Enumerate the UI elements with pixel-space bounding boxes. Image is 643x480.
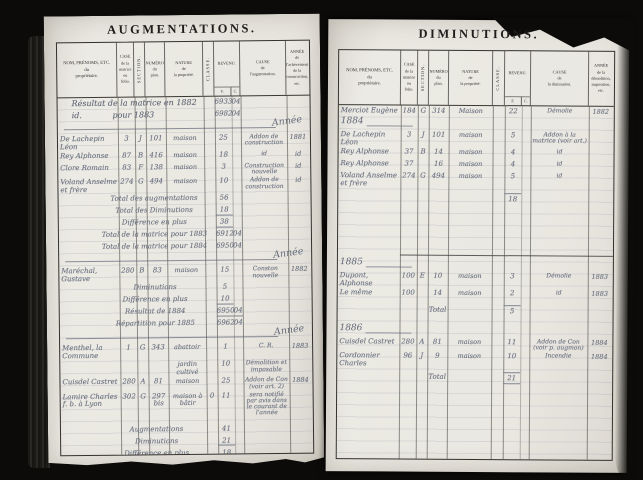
revenu-francs: 3 — [215, 161, 232, 171]
annee-value: 1883 — [588, 289, 612, 299]
revenu-francs: 38 — [216, 217, 233, 228]
cause-text: Incendie — [529, 352, 587, 361]
revenu-francs: 6912 — [216, 229, 233, 239]
revenu-francs: 56 — [216, 193, 233, 203]
section-letter: A — [137, 377, 148, 387]
property-nature: maison — [166, 150, 204, 160]
revenu-francs: 6950 — [217, 306, 234, 317]
col-header-nom: NOM, PRÉNOMS, ETC. du propriétaire. — [339, 50, 401, 104]
cause-text: Démolie — [530, 271, 588, 280]
col-header-section: SECTION. — [134, 42, 146, 96]
revenu-francs: 2 — [504, 288, 521, 298]
col-header-centimes: C. — [522, 96, 531, 105]
owner-name: Le même — [338, 287, 400, 297]
case-number: 280 — [119, 266, 136, 276]
revenu-centimes: 04 — [231, 96, 240, 106]
col-header-francs: F. — [214, 86, 231, 95]
year-underline — [366, 266, 412, 267]
col-header-centimes: C. — [231, 86, 240, 95]
year-label: 1885 — [340, 257, 363, 267]
col-header-nature: NATURE de la propriété. — [449, 51, 493, 105]
owner-name: Menthel, la Commune — [60, 343, 120, 361]
revenu-francs: 5 — [505, 130, 522, 140]
owner-name: Voland Anselme et frère — [338, 170, 400, 187]
divider-line — [64, 127, 276, 130]
annee-value: 1884 — [587, 352, 611, 362]
col-header-case: CASE de la matrice ou folio. — [401, 51, 418, 105]
table-header: NOM, PRÉNOMS, ETC. du propriétaire. CASE… — [339, 50, 614, 107]
revenu-francs: 4 — [505, 147, 522, 157]
annee-value: 1884 — [587, 338, 611, 348]
col-header-revenu: REVENU. — [505, 51, 531, 96]
year-label: 1884 — [341, 116, 364, 126]
augmentations-page: AUGMENTATIONS. NOM, PRÉNOMS, ETC. du pro… — [44, 14, 325, 467]
table-row: De Lachepin Léon3J101maison5Addon à la m… — [339, 129, 614, 148]
cause-text: id — [530, 159, 588, 168]
revenu-francs: 5 — [504, 305, 521, 316]
plan-number: 138 — [146, 162, 166, 172]
diminutions-page: DIMINUTIONS. NOM, PRÉNOMS, ETC. du propr… — [326, 19, 630, 473]
case-number: 280 — [120, 377, 137, 387]
row-spacer — [338, 204, 613, 256]
annee-value: 1882 — [589, 107, 613, 117]
revenu-francs: 4 — [504, 159, 521, 169]
summary-label: Diminutions — [61, 435, 218, 446]
plan-number: 343 — [148, 343, 168, 353]
revenu-centimes: 04 — [234, 318, 243, 328]
revenu-francs: 10 — [215, 176, 232, 186]
col-header-cause: CAUSE de l'augmentation. — [240, 41, 287, 95]
owner-name: Cuisdel Castret — [337, 336, 399, 346]
summary-label: Total de la matrice pour 1883 — [59, 229, 216, 240]
case-number: 274 — [400, 171, 417, 181]
summary-label: Différence en plus — [60, 294, 217, 305]
table-row: Dupont, Alphonse100E10maison3Démolie1883 — [338, 270, 613, 289]
cause-text: Addon de Con (voir p. augmon) — [529, 337, 587, 352]
owner-name: Rey Alphonse — [339, 146, 401, 156]
plan-number: 81 — [427, 337, 447, 347]
revenu-francs: 25 — [215, 132, 232, 142]
annee-value: id — [287, 175, 309, 185]
case-number: 1 — [120, 343, 137, 353]
property-nature: jardin cultivé — [168, 359, 206, 376]
col-header-nom: NOM, PRÉNOMS, ETC. du propriétaire. — [57, 43, 118, 98]
section-letter: E — [417, 271, 428, 281]
owner-name: Lamire Charles f. b. à Lyon — [61, 391, 121, 409]
cause-text: Construction nouvelle — [241, 161, 287, 176]
col-header-classe: CLASSE. — [493, 51, 505, 105]
section-letter: B — [136, 266, 147, 276]
case-number: 3 — [401, 130, 418, 140]
cause-text: Conston nouvelle — [242, 264, 288, 279]
plan-number: 101 — [146, 133, 166, 143]
owner-name: De Lachepin Léon — [58, 134, 118, 152]
table-body: Merciot Eugène184G314Maison22Démolie1882… — [337, 105, 614, 460]
year-label: 1886 — [339, 323, 362, 333]
cause-text: id — [530, 171, 588, 180]
plan-number: 83 — [147, 266, 167, 276]
col-header-section-label: SECTION. — [136, 56, 143, 84]
case-number: 100 — [400, 271, 417, 281]
revenu-francs: 22 — [505, 106, 522, 116]
revenu-francs: 11 — [503, 337, 520, 347]
plan-number: 14 — [429, 147, 449, 157]
summary-row: Total21 — [337, 372, 612, 386]
cause-text: Addon de construction — [241, 132, 287, 147]
case-number: 37 — [400, 159, 417, 169]
cause-text: Addon à la matrice (voir art.) — [531, 130, 589, 145]
table-header: NOM, PRÉNOMS, ETC. du propriétaire. CASE… — [57, 41, 310, 99]
owner-name: Maréchal, Gustave — [59, 266, 119, 284]
page-title-augmentations: AUGMENTATIONS. — [44, 21, 320, 39]
summary-label: Diminutions — [59, 282, 216, 293]
revenu-centimes: 04 — [234, 306, 243, 317]
summary-label: Total — [337, 372, 503, 383]
plan-number: 9 — [427, 351, 447, 361]
owner-name: Rey Alphonse — [58, 151, 118, 161]
revenu-francs: 25 — [217, 376, 234, 386]
summary-label: Répartition pour 1885 — [60, 318, 217, 329]
section-letter: J — [135, 133, 146, 143]
case-number: 274 — [118, 177, 135, 187]
owner-name: Clore Romain — [58, 163, 118, 173]
plan-number: 101 — [429, 130, 449, 140]
property-nature: maison — [448, 171, 492, 181]
owner-name: De Lachepin Léon — [339, 129, 401, 146]
case-number: 83 — [118, 163, 135, 173]
section-letter: G — [135, 177, 146, 187]
revenu-centimes: 04 — [233, 241, 242, 251]
col-header-francs: F. — [505, 96, 522, 105]
table-body: Résultat de la matrice en 1882693304id. … — [58, 96, 314, 456]
owner-name: Cuisdel Castret — [60, 377, 120, 387]
section-letter: B — [418, 147, 429, 157]
case-number: 3 — [118, 134, 135, 144]
col-header-numero: NUMÉRO du plan. — [429, 51, 449, 105]
col-header-classe: CLASSE. — [203, 42, 215, 96]
revenu-francs: 18 — [216, 205, 233, 216]
case-number: 100 — [400, 288, 417, 298]
plan-number: 81 — [148, 377, 168, 387]
property-nature: maison — [449, 147, 493, 157]
diminutions-table: NOM, PRÉNOMS, ETC. du propriétaire. CASE… — [336, 49, 615, 461]
revenu-francs: 1 — [217, 342, 234, 352]
revenu-francs: 11 — [218, 390, 235, 400]
case-number: 87 — [118, 151, 135, 161]
summary-label: Total de la matrice pour 1884 — [59, 241, 216, 252]
col-header-section-label: SECTION. — [420, 64, 427, 92]
col-header-numero: NUMÉRO du plan. — [145, 42, 166, 96]
annee-value: 1884 — [289, 375, 311, 385]
case-number: 184 — [401, 106, 418, 116]
plan-number: 297 bis — [149, 391, 169, 408]
owner-name: Voland Anselme et frère — [58, 177, 118, 195]
section-letter: G — [138, 391, 149, 401]
revenu-francs: 15 — [216, 265, 233, 275]
section-letter: B — [135, 150, 146, 160]
case-number: 37 — [401, 147, 418, 157]
cause-text: Addon de construction — [241, 175, 287, 190]
col-header-annee: ANNÉE de la démolition, imposition, etc. — [589, 52, 613, 106]
summary-label: Différence en plus — [59, 217, 216, 228]
revenu-centimes: 04 — [232, 108, 241, 118]
page-title-diminutions: DIMINUTIONS. — [328, 26, 629, 43]
owner-name: Cordonnier Charles — [337, 351, 399, 368]
col-header-case: CASE de la matrice ou folio. — [117, 43, 135, 97]
divider-line — [66, 336, 278, 339]
section-letter: J — [416, 351, 427, 361]
summary-label: Augmentations — [61, 423, 218, 434]
property-nature: maison — [448, 271, 492, 281]
col-header-annee: ANNÉE de l'achèvement de la construction… — [286, 41, 309, 95]
revenu-francs: 6962 — [217, 318, 234, 328]
revenu-francs: 5 — [504, 171, 521, 181]
summary-label: Différence en plus — [61, 447, 218, 455]
table-row: Voland Anselme et frère274G494maison5id — [338, 170, 613, 189]
year-underline — [367, 125, 413, 126]
section-letter: G — [418, 106, 429, 116]
plan-number: 416 — [146, 150, 166, 160]
annee-value: 1883 — [588, 272, 612, 282]
cause-text: Démolie — [531, 106, 589, 115]
plan-number: 494 — [146, 177, 166, 187]
table-row: Lamire Charles f. b. à Lyon302G297 bisma… — [61, 389, 313, 418]
annee-annotation: Année — [272, 246, 304, 261]
plan-number: 314 — [429, 106, 449, 116]
year-underline — [365, 332, 411, 333]
plan-number: 10 — [428, 271, 448, 281]
summary-label: Total des Diminutions — [59, 205, 216, 216]
revenu-francs: 3 — [504, 271, 521, 281]
entry-wide-text: Résultat de la matrice en 1882 — [58, 97, 215, 108]
section-letter: F — [135, 162, 146, 172]
owner-name: Dupont, Alphonse — [338, 270, 400, 287]
property-nature: maison — [168, 376, 206, 386]
revenu-francs: 18 — [215, 149, 232, 159]
section-letter: A — [416, 337, 427, 347]
annee-value: 1881 — [287, 132, 309, 142]
cause-text: Démolition et imposable — [243, 358, 289, 373]
property-nature: maison — [449, 130, 493, 140]
cause-text: id — [241, 149, 287, 158]
property-nature: abattoir — [168, 342, 206, 352]
section-letter: G — [417, 171, 428, 181]
summary-label: Total — [338, 304, 504, 315]
revenu-francs: 6982 — [215, 108, 232, 118]
entry-wide-text: id. pour 1883 — [58, 109, 215, 120]
augmentations-table: NOM, PRÉNOMS, ETC. du propriétaire. CASE… — [56, 40, 314, 457]
revenu-francs: 5 — [216, 282, 233, 292]
owner-name: Rey Alphonse — [338, 158, 400, 168]
cause-text: Addon de Con (voir art. 2) — [243, 375, 289, 390]
revenu-francs: 6933 — [215, 96, 232, 106]
summary-label: Résultat de 1884 — [60, 306, 217, 317]
divider-line — [65, 259, 277, 262]
book-binding-edge — [615, 25, 635, 476]
revenu-francs: 21 — [218, 435, 235, 446]
revenu-francs: 41 — [218, 423, 235, 433]
revenu-francs: 10 — [217, 359, 234, 369]
revenu-francs: 18 — [504, 193, 521, 204]
annee-value: id — [287, 161, 309, 171]
annee-annotation: Année — [273, 323, 305, 338]
cause-text: id — [530, 288, 588, 297]
summary-label: Total des augmentations — [59, 193, 216, 204]
plan-number: 494 — [428, 171, 448, 181]
property-nature: maison — [447, 337, 491, 347]
case-number: 280 — [399, 337, 416, 347]
property-nature: maison — [448, 288, 492, 298]
plan-number: 14 — [428, 288, 448, 298]
property-nature: maison — [166, 133, 204, 143]
summary-row: Différence en plus18 — [61, 446, 313, 455]
revenu-francs: 18 — [218, 447, 235, 455]
col-header-revenu: REVENU. — [214, 41, 240, 86]
annee-value: 1883 — [289, 341, 311, 351]
col-header-cause: CAUSE de la diminution. — [531, 51, 589, 105]
property-nature: maison — [448, 159, 492, 169]
col-header-section: SECTION. — [418, 51, 429, 105]
revenu-francs: 6950 — [216, 241, 233, 251]
annee-value: 1882 — [288, 264, 310, 274]
table-row: Cordonnier Charles96J9maison10Incendie18… — [337, 351, 612, 370]
property-nature: maison — [166, 162, 204, 172]
revenu-francs: 21 — [503, 373, 520, 385]
col-header-classe-label: CLASSE. — [495, 66, 502, 90]
plan-number: 16 — [428, 159, 448, 169]
owner-name: Merciot Eugène — [339, 105, 401, 115]
revenu-francs: 10 — [217, 294, 234, 305]
property-nature: maison — [166, 176, 204, 186]
case-number: 302 — [121, 391, 138, 401]
revenu-centimes: 04 — [233, 229, 242, 239]
property-nature: Maison — [449, 106, 493, 116]
case-number: 96 — [399, 351, 416, 361]
cause-text: id — [531, 147, 589, 156]
cause-text: C. R. — [243, 341, 289, 350]
classe-value: 0 — [207, 390, 218, 400]
property-nature: maison — [167, 265, 205, 275]
annee-value: id — [287, 149, 309, 159]
revenu-francs: 10 — [503, 352, 520, 362]
section-letter: J — [418, 130, 429, 140]
section-letter: G — [137, 343, 148, 353]
col-header-classe-label: CLASSE. — [205, 56, 212, 81]
property-nature: maison à bâtir — [169, 391, 207, 408]
property-nature: maison — [447, 351, 491, 361]
col-header-nature: NATURE de la propriété. — [165, 42, 204, 96]
cause-text: sera notifié par avis dans le courant de… — [244, 390, 290, 417]
